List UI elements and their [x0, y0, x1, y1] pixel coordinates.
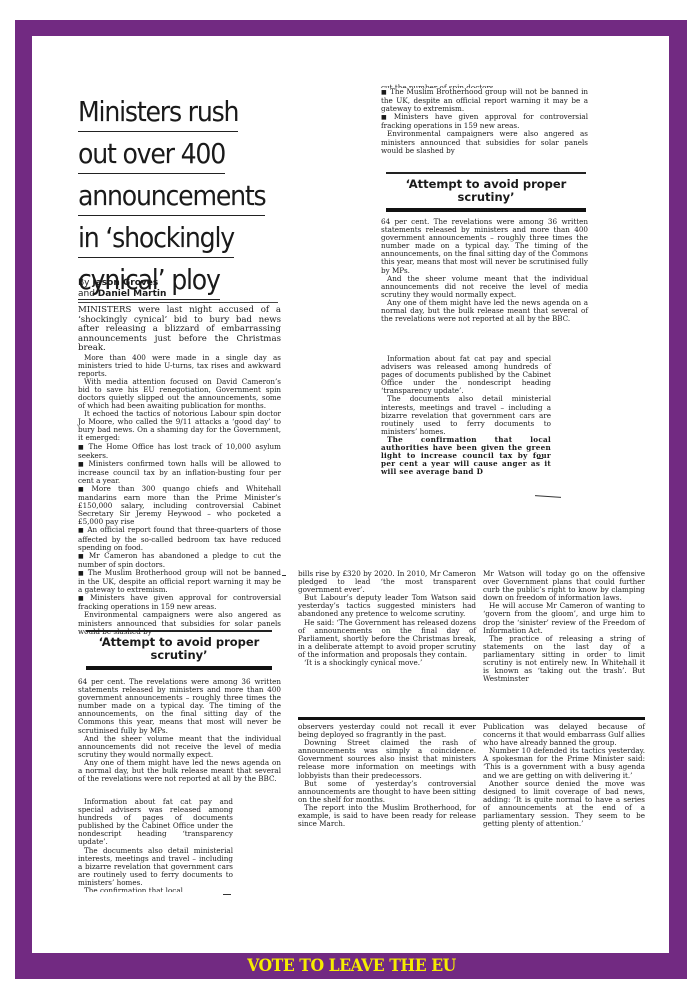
paragraph: And the sheer volume meant that the indi… — [78, 735, 281, 759]
byline: By Jason Groves and Daniel Martin — [78, 278, 166, 300]
paragraph: Another source denied the move was desig… — [483, 780, 645, 829]
paragraph: He will accuse Mr Cameron of wanting to … — [483, 602, 645, 634]
byline-prefix: and — [78, 289, 98, 299]
bullet-item: The Home Office has lost track of 10,000… — [78, 443, 281, 460]
bullet-item: More than 300 quango chiefs and Whitehal… — [78, 485, 281, 526]
subhead-rule — [86, 666, 272, 670]
bullet-item: An official report found that three-quar… — [78, 526, 281, 551]
paragraph: Publication was delayed because of conce… — [483, 723, 645, 747]
paragraph: 64 per cent. The revelations were among … — [381, 218, 588, 275]
subhead-text: ‘Attempt to avoid proper scrutiny’ — [86, 636, 272, 662]
headline-line: out over 400 — [78, 135, 225, 174]
continuation-column-b-top: Mr Watson will today go on the offensive… — [483, 570, 645, 683]
paragraph: 64 per cent. The revelations were among … — [78, 678, 281, 735]
headline-line: Ministers rush — [78, 93, 238, 132]
paragraph: The documents also detail ministerial in… — [78, 847, 233, 887]
paragraph: And the sheer volume meant that the indi… — [381, 275, 588, 299]
article-column-right-body: 64 per cent. The revelations were among … — [381, 218, 588, 323]
section-divider — [298, 717, 645, 720]
paragraph: But Labour’s deputy leader Tom Watson sa… — [298, 594, 476, 618]
article-column-left: MINISTERS were last night accused of a ‘… — [78, 306, 281, 636]
paragraph: Number 10 defended its tactics yesterday… — [483, 747, 645, 779]
headline: Ministers rush out over 400 announcement… — [78, 92, 278, 302]
subhead-rule — [386, 208, 586, 212]
paragraph: With media attention focused on David Ca… — [78, 378, 281, 410]
byline-prefix: By — [78, 278, 92, 288]
byline-divider — [78, 302, 278, 303]
article-column-left-narrow: Information about fat cat pay and specia… — [78, 798, 233, 892]
paragraph: Environmental campaigners were also ange… — [381, 130, 588, 154]
paragraph: bills rise by £320 by 2020. In 2010, Mr … — [298, 570, 476, 594]
article-column-left-continued: 64 per cent. The revelations were among … — [78, 678, 281, 783]
bullet-item: The Muslim Brotherhood group will not be… — [78, 569, 281, 594]
paragraph: It echoed the tactics of notorious Labou… — [78, 410, 281, 442]
paragraph: The confirmation that local authorities … — [381, 436, 551, 476]
subheading: ‘Attempt to avoid proper scrutiny’ — [386, 172, 586, 212]
headline-line: announcements — [78, 177, 265, 216]
footer-banner: VOTE TO LEAVE THE EU — [15, 953, 687, 979]
article-column-right-narrow: Information about fat cat pay and specia… — [381, 355, 551, 476]
paragraph: Information about fat cat pay and specia… — [381, 355, 551, 395]
paragraph: More than 400 were made in a single day … — [78, 354, 281, 378]
margin-mark — [537, 458, 543, 459]
lead-paragraph: MINISTERS were last night accused of a ‘… — [78, 306, 281, 354]
continuation-column-a-bottom: observers yesterday could not recall it … — [298, 723, 476, 828]
paragraph: Mr Watson will today go on the offensive… — [483, 570, 645, 602]
subheading: ‘Attempt to avoid proper scrutiny’ — [86, 630, 272, 670]
subhead-rule — [86, 630, 272, 632]
subhead-text: ‘Attempt to avoid proper scrutiny’ — [386, 178, 586, 204]
bullet-item: Ministers have given approval for contro… — [78, 594, 281, 611]
paragraph: observers yesterday could not recall it … — [298, 723, 476, 739]
continuation-column-a-top: bills rise by £320 by 2020. In 2010, Mr … — [298, 570, 476, 667]
article-column-right-top: cut the number of spin doctors. The Musl… — [381, 84, 588, 155]
author-name: Jason Groves — [92, 278, 158, 288]
paragraph: ‘It is a shockingly cynical move.’ — [298, 659, 476, 667]
paragraph: The documents also detail ministerial in… — [381, 395, 551, 435]
bullet-item: Mr Cameron has abandoned a pledge to cut… — [78, 552, 281, 569]
paragraph: Any one of them might have led the news … — [381, 299, 588, 323]
margin-mark — [223, 894, 231, 895]
bullet-item: The Muslim Brotherhood group will not be… — [381, 88, 588, 113]
paragraph-truncated: The confirmation that local — [78, 887, 233, 892]
campaign-slogan: VOTE TO LEAVE THE EU — [247, 956, 456, 976]
paragraph: But some of yesterday’s controversial an… — [298, 780, 476, 804]
continuation-column-b-bottom: Publication was delayed because of conce… — [483, 723, 645, 828]
bullet-item: Ministers have given approval for contro… — [381, 113, 588, 130]
paragraph: Downing Street claimed the rash of annou… — [298, 739, 476, 779]
paragraph: Any one of them might have led the news … — [78, 759, 281, 783]
paragraph: He said: ‘The Government has released do… — [298, 619, 476, 659]
margin-mark — [282, 575, 286, 576]
paragraph: The report into the Muslim Brotherhood, … — [298, 804, 476, 828]
headline-line: in ‘shockingly — [78, 219, 234, 258]
paragraph: The practice of releasing a string of st… — [483, 635, 645, 684]
author-name: Daniel Martin — [98, 289, 167, 299]
paragraph: Information about fat cat pay and specia… — [78, 798, 233, 847]
bullet-item: Ministers confirmed town halls will be a… — [78, 460, 281, 485]
subhead-rule — [386, 172, 586, 174]
